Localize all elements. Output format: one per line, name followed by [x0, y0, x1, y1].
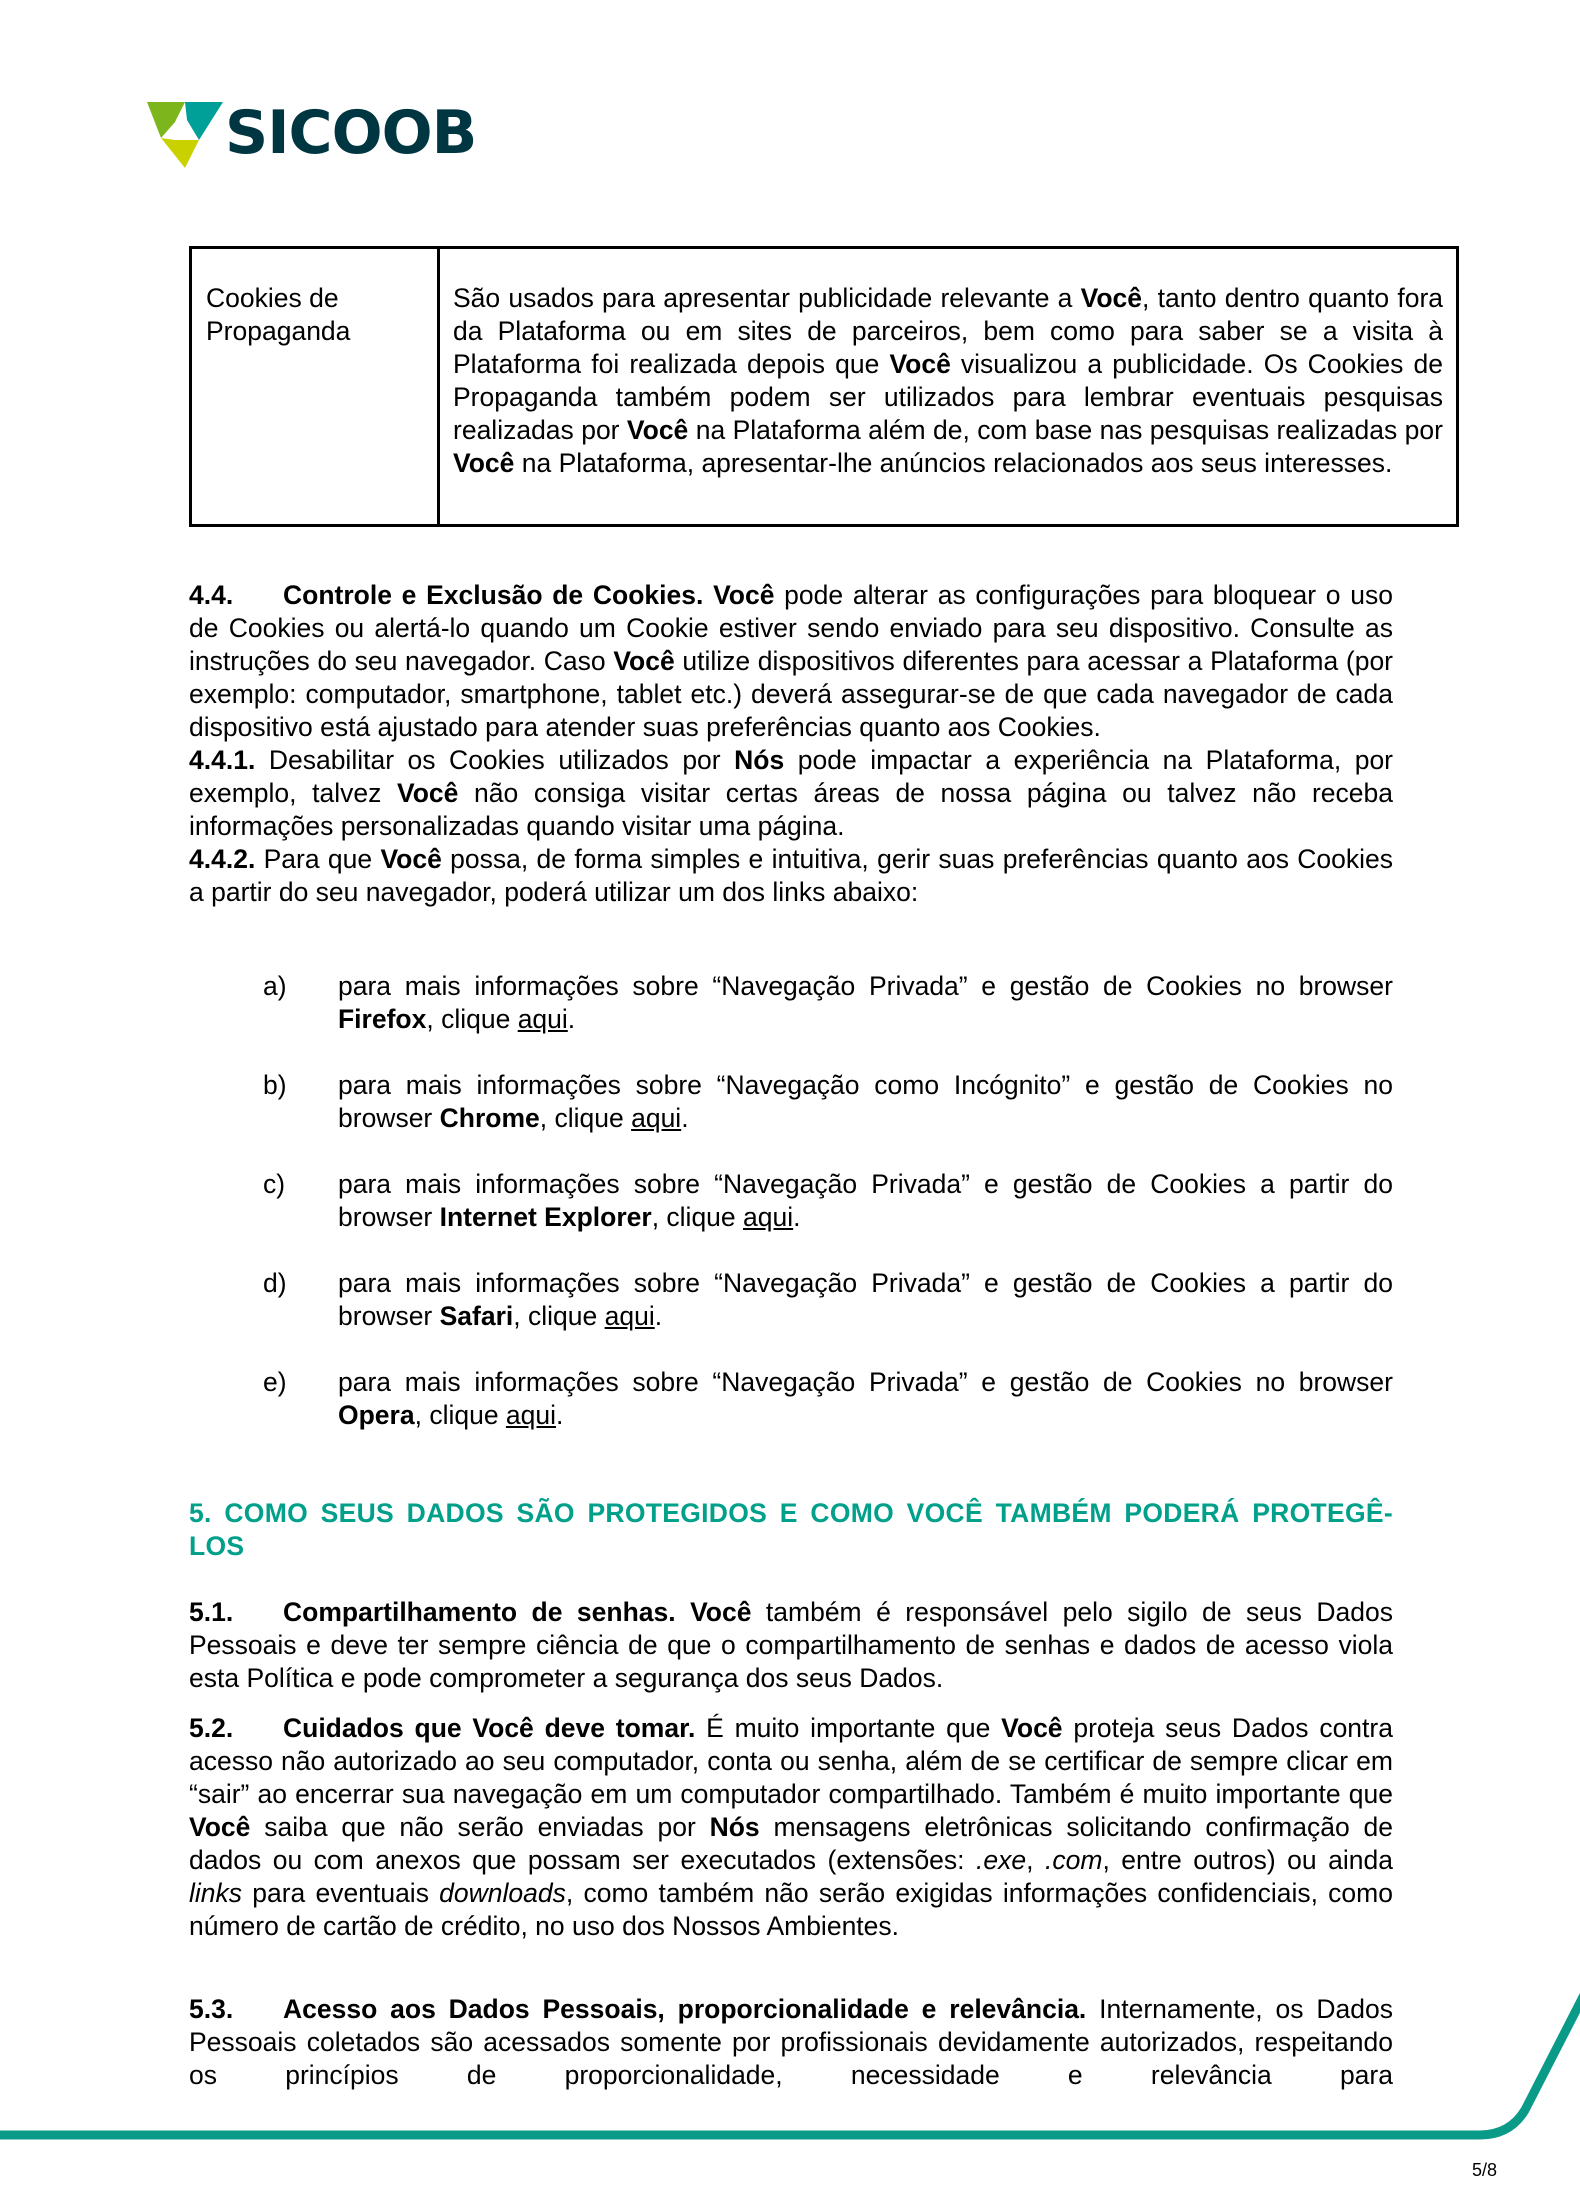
list-marker: a) [263, 970, 287, 1003]
text-run: , clique [540, 1103, 631, 1133]
list-marker: b) [263, 1069, 287, 1102]
text-run: . [655, 1301, 662, 1331]
clause-number: 5.1. [189, 1596, 283, 1629]
text-run: , entre outros) ou ainda [1102, 1845, 1393, 1875]
italic-downloads: downloads [439, 1878, 566, 1908]
text-run: . [568, 1004, 575, 1034]
text-run: . [556, 1400, 563, 1430]
section-5-1: 5.1.Compartilhamento de senhas. Você tam… [189, 1596, 1393, 1695]
firefox-link[interactable]: aqui [518, 1004, 568, 1034]
clause-number: 4.4. [189, 579, 283, 612]
list-item-safari: d) para mais informações sobre “Navegaçã… [189, 1267, 1393, 1333]
text-run: . [793, 1202, 800, 1232]
bold-you: Você [690, 1597, 751, 1627]
section-5-heading: 5. COMO SEUS DADOS SÃO PROTEGIDOS E COMO… [189, 1497, 1393, 1563]
text-run: na Plataforma além de, com base nas pesq… [688, 415, 1443, 445]
bold-you: Você [380, 844, 441, 874]
text-run: . [681, 1103, 688, 1133]
footer-swoosh-line [0, 1985, 1580, 2155]
extension-com: .com [1045, 1845, 1102, 1875]
sicoob-logo: SICOOB [147, 100, 467, 168]
text-run: , clique [415, 1400, 506, 1430]
text-run: , clique [513, 1301, 604, 1331]
text-run: Para que [255, 844, 380, 874]
bold-you: Você [889, 349, 950, 379]
text-run: para mais informações sobre “Navegação P… [338, 1367, 1393, 1397]
page-number: 5/8 [1472, 2160, 1497, 2181]
clause-number: 5.2. [189, 1712, 283, 1745]
list-marker: e) [263, 1366, 287, 1399]
cookie-type-label: Cookies de Propaganda [192, 249, 406, 348]
bold-you: Você [453, 448, 514, 478]
list-item-firefox: a) para mais informações sobre “Navegaçã… [189, 970, 1393, 1036]
clause-number: 4.4.1. [189, 745, 255, 775]
table-row: Cookies de Propaganda São usados para ap… [191, 248, 1458, 526]
text-run: saiba que não serão enviadas por [250, 1812, 709, 1842]
list-marker: d) [263, 1267, 287, 1300]
chrome-link[interactable]: aqui [631, 1103, 681, 1133]
internet-explorer-link[interactable]: aqui [743, 1202, 793, 1232]
cookie-type-table: Cookies de Propaganda São usados para ap… [189, 246, 1459, 527]
bold-you: Você [189, 1812, 250, 1842]
bold-you: Você [713, 580, 774, 610]
paragraph-5-2: 5.2.Cuidados que Você deve tomar. É muit… [189, 1712, 1393, 1943]
text-run: , [1026, 1845, 1045, 1875]
list-marker: c) [263, 1168, 285, 1201]
paragraph-5-1: 5.1.Compartilhamento de senhas. Você tam… [189, 1596, 1393, 1695]
table-cell-label: Cookies de Propaganda [191, 248, 439, 526]
browser-name: Internet Explorer [440, 1202, 652, 1232]
clause-number: 4.4.2. [189, 844, 255, 874]
browser-name: Opera [338, 1400, 415, 1430]
list-item-opera: e) para mais informações sobre “Navegaçã… [189, 1366, 1393, 1432]
clause-title: Compartilhamento de senhas. [283, 1597, 676, 1627]
text-run: São usados para apresentar publicidade r… [453, 283, 1081, 313]
sicoob-triangle-icon [147, 100, 225, 170]
browser-links-list: a) para mais informações sobre “Navegaçã… [189, 970, 1393, 1465]
browser-name: Safari [440, 1301, 514, 1331]
table-cell-description: São usados para apresentar publicidade r… [439, 248, 1458, 526]
paragraph-4-4-1: 4.4.1. Desabilitar os Cookies utilizados… [189, 744, 1393, 843]
bold-you: Você [613, 646, 674, 676]
bold-you: Você [627, 415, 688, 445]
cookie-type-description: São usados para apresentar publicidade r… [440, 249, 1456, 480]
text-run: , clique [426, 1004, 517, 1034]
bold-we: Nós [734, 745, 784, 775]
text-run: na Plataforma, apresentar-lhe anúncios r… [514, 448, 1392, 478]
bold-you: Você [1081, 283, 1142, 313]
paragraph-4-4-2: 4.4.2. Para que Você possa, de forma sim… [189, 843, 1393, 909]
text-run: , clique [652, 1202, 743, 1232]
browser-name: Firefox [338, 1004, 426, 1034]
italic-links: links [189, 1878, 242, 1908]
section-4-4: 4.4.Controle e Exclusão de Cookies. Você… [189, 579, 1393, 909]
bold-we: Nós [710, 1812, 760, 1842]
list-item-chrome: b) para mais informações sobre “Navegaçã… [189, 1069, 1393, 1135]
section-5-2: 5.2.Cuidados que Você deve tomar. É muit… [189, 1712, 1393, 1943]
text-run: para eventuais [242, 1878, 439, 1908]
clause-title: Controle e Exclusão de Cookies. [283, 580, 703, 610]
extension-exe: .exe [976, 1845, 1026, 1875]
paragraph-4-4: 4.4.Controle e Exclusão de Cookies. Você… [189, 579, 1393, 744]
opera-link[interactable]: aqui [506, 1400, 556, 1430]
text-run: É muito importante que [695, 1713, 1001, 1743]
bold-you: Você [397, 778, 458, 808]
clause-title: Cuidados que Você deve tomar. [283, 1713, 695, 1743]
text-run: para mais informações sobre “Navegação P… [338, 971, 1393, 1001]
text-run: Desabilitar os Cookies utilizados por [255, 745, 734, 775]
bold-you: Você [1001, 1713, 1062, 1743]
safari-link[interactable]: aqui [605, 1301, 655, 1331]
list-item-internet-explorer: c) para mais informações sobre “Navegaçã… [189, 1168, 1393, 1234]
browser-name: Chrome [440, 1103, 540, 1133]
logo-wordmark: SICOOB [225, 94, 476, 172]
